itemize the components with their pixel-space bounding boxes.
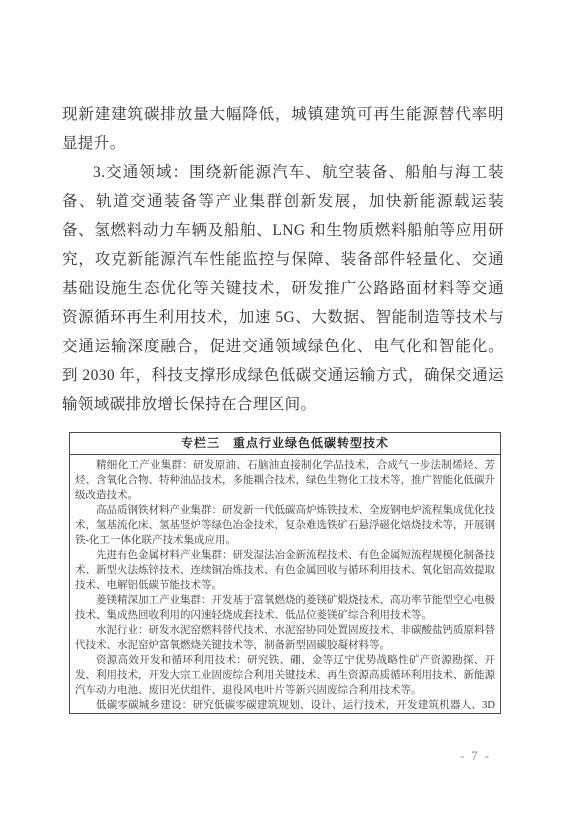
document-page: 现新建建筑碳排放量大幅降低，城镇建筑可再生能源替代率明显提升。 3.交通领域：围… xyxy=(0,0,578,818)
body-paragraph-continuation: 现新建建筑碳排放量大幅降低，城镇建筑可再生能源替代率明显提升。 xyxy=(62,100,504,158)
box-paragraph-cement: 水泥行业：研发水泥窑燃料替代技术、水泥窑协同处置固废技术、非碳酸盐钙质原料替代技… xyxy=(75,623,495,653)
box-paragraph-magnesite: 菱镁精深加工产业集群：开发基于富氧燃烧的菱镁矿煅烧技术、高功率节能型空心电极技术… xyxy=(75,593,495,623)
box-paragraph-fine-chemicals: 精细化工产业集群：研发原油、石脑油直接制化学品技术，合成气一步法制烯烃、芳烃、含… xyxy=(75,458,495,503)
box-paragraph-low-carbon-construction: 低碳零碳城乡建设：研究低碳零碳建筑规划、设计、运行技术，开发建筑机器人、3D打印 xyxy=(75,698,495,714)
box-paragraph-steel: 高品质钢铁材料产业集群：研发新一代低碳高炉炼铁技术、全废钢电炉流程集成优化技术，… xyxy=(75,503,495,548)
column-box-body: 精细化工产业集群：研发原油、石脑油直接制化学品技术，合成气一步法制烯烃、芳烃、含… xyxy=(70,455,500,714)
box-paragraph-resource-recycling: 资源高效开发和循环利用技术：研究铁、硼、金等辽宁优势战略性矿产资源勘探、开发、利… xyxy=(75,653,495,698)
column-box-title: 专栏三 重点行业绿色低碳转型技术 xyxy=(70,433,500,455)
page-number: - 7 - xyxy=(460,749,491,764)
column-box: 专栏三 重点行业绿色低碳转型技术 精细化工产业集群：研发原油、石脑油直接制化学品… xyxy=(69,432,501,714)
body-text-block: 现新建建筑碳排放量大幅降低，城镇建筑可再生能源替代率明显提升。 3.交通领域：围… xyxy=(62,100,504,419)
body-paragraph-transport: 3.交通领域：围绕新能源汽车、航空装备、船舶与海工装备、轨道交通装备等产业集群创… xyxy=(62,158,504,419)
box-paragraph-nonferrous-metals: 先进有色金属材料产业集群：研发湿法冶金新流程技术、有色金属短流程规模化制备技术、… xyxy=(75,548,495,593)
